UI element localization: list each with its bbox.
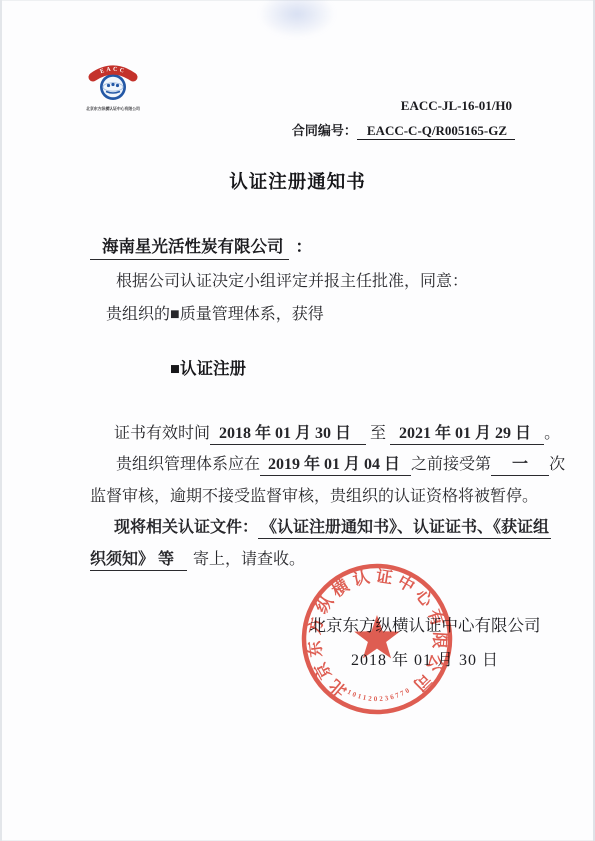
svg-text:1101120236770: 1101120236770 xyxy=(341,685,413,703)
validity-line: 证书有效时间2018 年 01 月 30 日至2021 年 01 月 29 日。 xyxy=(114,423,560,444)
supervision-mid: 之前接受第 xyxy=(411,456,491,473)
documents-suffix: 寄上，请查收。 xyxy=(193,551,305,568)
redaction-mark: ■ xyxy=(170,306,180,323)
validity-end-date: 2021 年 01 月 29 日 xyxy=(390,425,544,445)
eacc-emblem-icon: EACC xyxy=(85,64,141,102)
validity-to: 至 xyxy=(370,425,386,442)
system-suffix: 质量管理体系，获得 xyxy=(180,306,324,323)
certifier-logo: EACC 北京东方纵横认证中心有限公司 xyxy=(84,64,142,115)
addressee-colon: ： xyxy=(296,237,313,256)
seal-star-icon xyxy=(354,615,400,658)
contract-number-line: 合同编号：EACC-C-Q/R005165-GZ xyxy=(292,120,515,139)
documents-line-2: 织须知》 等寄上，请查收。 xyxy=(90,549,305,570)
scan-edge-left xyxy=(0,0,2,841)
contract-number: EACC-C-Q/R005165-GZ xyxy=(357,123,515,140)
company-seal-stamp: 北京东方纵横认证中心有限公司 1101120236770 xyxy=(292,554,462,724)
approval-paragraph: 根据公司认证决定小组评定并报主任批准，同意： xyxy=(116,271,468,292)
addressee-company: 海南星光活性炭有限公司 xyxy=(90,237,289,260)
document-code: EACC-JL-16-01/H0 xyxy=(401,98,512,114)
contract-label: 合同编号： xyxy=(292,123,357,138)
page-title: 认证注册通知书 xyxy=(0,168,595,194)
documents-list-1: 《认证注册通知书》、认证证书、《获证组 xyxy=(258,519,551,539)
documents-label: 现将相关认证文件： xyxy=(114,519,258,536)
supervision-ordinal: 一 xyxy=(491,456,549,476)
document-page: EACC 北京东方纵横认证中心有限公司 EACC-JL-16-01/H0 合同编… xyxy=(0,0,595,841)
supervision-date: 2019 年 01 月 04 日 xyxy=(260,456,411,476)
logo-caption: 北京东方纵横认证中心有限公司 xyxy=(85,107,141,111)
scan-smudge xyxy=(258,0,336,38)
system-paragraph: 贵组织的■质量管理体系，获得 xyxy=(106,304,324,325)
registration-line: ■认证注册 xyxy=(170,358,246,379)
validity-period: 。 xyxy=(544,425,560,442)
addressee-line: 海南星光活性炭有限公司： xyxy=(90,236,312,257)
supervision-suffix: 次 xyxy=(549,456,565,473)
supervision-prefix: 贵组织管理体系应在 xyxy=(116,456,260,473)
seal-serial-number: 1101120236770 xyxy=(341,685,413,703)
supervision-line-1: 贵组织管理体系应在2019 年 01 月 04 日之前接受第一次 xyxy=(116,454,565,475)
supervision-line-2: 监督审核，逾期不接受监督审核，贵组织的认证资格将被暂停。 xyxy=(90,486,538,507)
system-prefix: 贵组织的 xyxy=(106,306,170,323)
validity-label: 证书有效时间 xyxy=(114,425,210,442)
registration-text: 认证注册 xyxy=(180,359,246,378)
documents-line-1: 现将相关认证文件：《认证注册通知书》、认证证书、《获证组 xyxy=(114,517,551,538)
documents-list-2: 织须知》 等 xyxy=(90,551,187,571)
registration-bullet: ■ xyxy=(170,359,180,378)
validity-start-date: 2018 年 01 月 30 日 xyxy=(210,425,366,445)
